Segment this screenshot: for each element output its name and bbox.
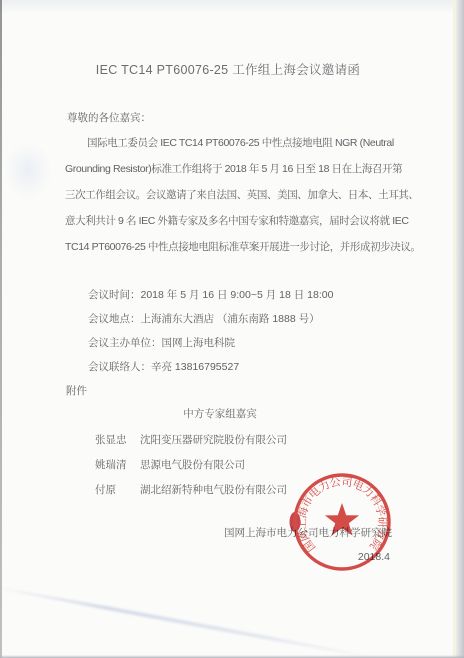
scan-left-edge-line — [0, 0, 2, 658]
attachment-title: 中方专家组嘉宾 — [0, 406, 440, 421]
body-line: 意大利共计 9 名 IEC 外籍专家及多名中国专家和特邀嘉宾，届时会议将就 IE… — [65, 208, 397, 234]
scan-right-edge-shadow — [456, 0, 464, 658]
body-line: TC14 PT60076-25 中性点接地电阻标准草案开展进一步讨论，并形成初步… — [65, 234, 397, 260]
meeting-host-label: 会议主办单位： — [88, 337, 162, 349]
guest-company: 湖北绍新特种电气股份有限公司 — [140, 478, 287, 503]
official-seal-stamp: 国网上海市电力公司电力科学研究院 — [284, 466, 400, 582]
scan-smudge — [4, 142, 52, 200]
guest-name: 付原 — [95, 478, 140, 503]
meeting-host-row: 会议主办单位：国网上海电科院 — [88, 331, 333, 355]
guest-name: 姚瑞清 — [95, 453, 140, 478]
scan-top-edge-shadow — [0, 0, 464, 14]
guest-company: 思源电气股份有限公司 — [140, 453, 245, 478]
meeting-time-label: 会议时间： — [88, 289, 141, 301]
meeting-place-label: 会议地点： — [88, 313, 141, 325]
body-line: 国际电工委员会 IEC TC14 PT60076-25 中性点接地电阻 NGR … — [65, 130, 397, 156]
meeting-time-value: 2018 年 5 月 16 日 9:00~5 月 18 日 18:00 — [141, 289, 334, 301]
salutation: 尊敬的各位嘉宾： — [67, 110, 151, 125]
meeting-contact-value: 辛亮 13816795527 — [151, 361, 239, 373]
body-line: Grounding Resistor)标准工作组将于 2018 年 5 月 16… — [65, 156, 397, 182]
meeting-time-row: 会议时间：2018 年 5 月 16 日 9:00~5 月 18 日 18:00 — [88, 283, 333, 307]
guest-company: 沈阳变压器研究院股份有限公司 — [140, 428, 287, 453]
star-icon — [325, 503, 359, 536]
attachment-label: 附件 — [66, 383, 87, 398]
guest-row: 姚瑞清 思源电气股份有限公司 — [95, 453, 287, 478]
meeting-contact-row: 会议联络人：辛亮 13816795527 — [88, 355, 333, 379]
guest-row: 付原 湖北绍新特种电气股份有限公司 — [95, 478, 287, 503]
meeting-details: 会议时间：2018 年 5 月 16 日 9:00~5 月 18 日 18:00… — [88, 283, 333, 379]
scanned-invitation-letter: IEC TC14 PT60076-25 工作组上海会议邀请函 尊敬的各位嘉宾： … — [0, 0, 464, 658]
body-line: 三次工作组会议。会议邀请了来自法国、英国、美国、加拿大、日本、土耳其、 — [65, 182, 397, 208]
meeting-host-value: 国网上海电科院 — [162, 337, 236, 349]
body-paragraph: 国际电工委员会 IEC TC14 PT60076-25 中性点接地电阻 NGR … — [65, 130, 397, 260]
guest-row: 张显忠 沈阳变压器研究院股份有限公司 — [95, 428, 287, 453]
meeting-place-row: 会议地点：上海浦东大酒店 （浦东南路 1888 号） — [88, 307, 333, 331]
guest-name: 张显忠 — [95, 428, 140, 453]
guest-list: 张显忠 沈阳变压器研究院股份有限公司 姚瑞清 思源电气股份有限公司 付原 湖北绍… — [95, 428, 287, 503]
document-title: IEC TC14 PT60076-25 工作组上海会议邀请函 — [0, 60, 456, 78]
paper-crease — [0, 584, 382, 658]
meeting-place-value: 上海浦东大酒店 （浦东南路 1888 号） — [141, 313, 320, 325]
meeting-contact-label: 会议联络人： — [88, 361, 151, 373]
